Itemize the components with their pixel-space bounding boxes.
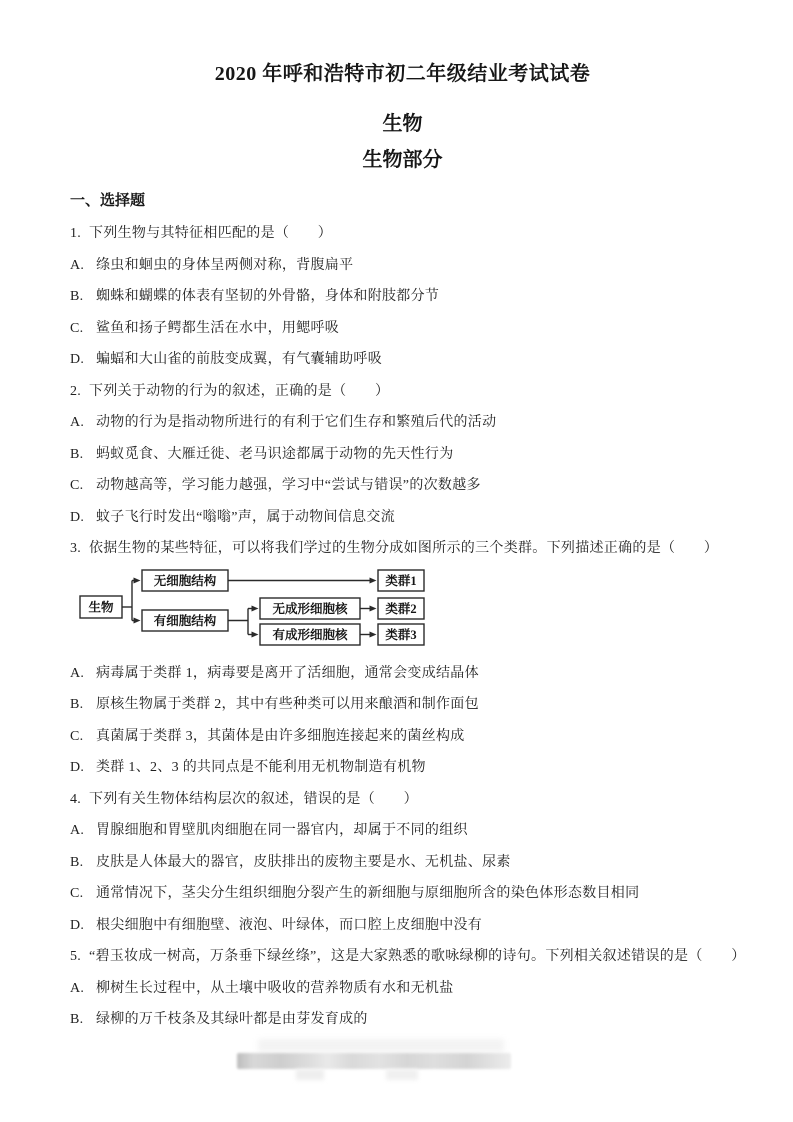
option-label: A. — [70, 980, 96, 997]
question-number: 5. — [70, 948, 89, 965]
option-label: C. — [70, 728, 96, 745]
question-stem: 1. 下列生物与其特征相匹配的是（ ） — [70, 225, 735, 242]
option-a: A. 动物的行为是指动物所进行的有利于它们生存和繁殖后代的活动 — [70, 414, 735, 431]
option-label: B. — [70, 854, 96, 871]
section-title: 生物部分 — [70, 148, 735, 172]
option-text: 蚊子飞行时发出“嗡嗡”声，属于动物间信息交流 — [96, 509, 395, 526]
question-stem: 5. “碧玉妆成一树高，万条垂下绿丝绦”，这是大家熟悉的歌咏绿柳的诗句。下列相关… — [70, 948, 735, 965]
option-label: D. — [70, 509, 96, 526]
option-text: 类群 1、2、3 的共同点是不能利用无机物制造有机物 — [96, 759, 426, 776]
option-c: C. 真菌属于类群 3，其菌体是由许多细胞连接起来的菌丝构成 — [70, 728, 735, 745]
option-label: A. — [70, 665, 96, 682]
option-d: D. 类群 1、2、3 的共同点是不能利用无机物制造有机物 — [70, 759, 735, 776]
option-text: 动物越高等，学习能力越强，学习中“尝试与错误”的次数越多 — [96, 477, 481, 494]
option-b: B. 原核生物属于类群 2，其中有些种类可以用来酿酒和制作面包 — [70, 696, 735, 713]
option-text: 通常情况下，茎尖分生组织细胞分裂产生的新细胞与原细胞所含的染色体形态数目相同 — [96, 885, 639, 902]
diagram-label-group3: 类群3 — [385, 627, 416, 642]
question-stem-text: 下列生物与其特征相匹配的是（ ） — [89, 225, 332, 242]
diagram-label-no-nucleus: 无成形细胞核 — [272, 601, 348, 616]
option-text: 蚂蚁觅食、大雁迁徙、老马识途都属于动物的先天性行为 — [96, 446, 454, 463]
option-a: A. 病毒属于类群 1，病毒要是离开了活细胞，通常会变成结晶体 — [70, 665, 735, 682]
diagram-label-group2: 类群2 — [385, 601, 416, 616]
option-label: C. — [70, 320, 96, 337]
option-text: 绦虫和蛔虫的身体呈两侧对称，背腹扁平 — [96, 257, 353, 274]
classification-diagram: 生物 无细胞结构 有细胞结构 无成形细胞核 有成形细胞核 类群1 类群2 类群3 — [78, 566, 735, 655]
watermark-blur-tail — [386, 1069, 418, 1080]
question-2: 2. 下列关于动物的行为的叙述，正确的是（ ） A. 动物的行为是指动物所进行的… — [70, 383, 735, 526]
option-label: A. — [70, 414, 96, 431]
option-label: D. — [70, 917, 96, 934]
option-a: A. 柳树生长过程中，从土壤中吸收的营养物质有水和无机盐 — [70, 980, 735, 997]
option-label: B. — [70, 446, 96, 463]
option-label: A. — [70, 822, 96, 839]
option-b: B. 绿柳的万千枝条及其绿叶都是由芽发育成的 — [70, 1011, 735, 1028]
question-stem: 3. 依据生物的某些特征，可以将我们学过的生物分成如图所示的三个类群。下列描述正… — [70, 540, 735, 557]
option-text: 动物的行为是指动物所进行的有利于它们生存和繁殖后代的活动 — [96, 414, 496, 431]
option-label: C. — [70, 885, 96, 902]
option-label: D. — [70, 351, 96, 368]
option-b: B. 蜘蛛和蝴蝶的体表有坚韧的外骨骼，身体和附肢都分节 — [70, 288, 735, 305]
question-stem: 4. 下列有关生物体结构层次的叙述，错误的是（ ） — [70, 791, 735, 808]
question-stem-text: “碧玉妆成一树高，万条垂下绿丝绦”，这是大家熟悉的歌咏绿柳的诗句。下列相关叙述错… — [89, 948, 746, 965]
diagram-label-group1: 类群1 — [385, 573, 416, 588]
option-text: 蝙蝠和大山雀的前肢变成翼，有气囊辅助呼吸 — [96, 351, 382, 368]
option-label: D. — [70, 759, 96, 776]
option-a: A. 胃腺细胞和胃壁肌肉细胞在同一器官内，却属于不同的组织 — [70, 822, 735, 839]
option-d: D. 蝙蝠和大山雀的前肢变成翼，有气囊辅助呼吸 — [70, 351, 735, 368]
option-label: B. — [70, 288, 96, 305]
option-text: 柳树生长过程中，从土壤中吸收的营养物质有水和无机盐 — [96, 980, 454, 997]
diagram-label-root: 生物 — [88, 599, 114, 614]
question-1: 1. 下列生物与其特征相匹配的是（ ） A. 绦虫和蛔虫的身体呈两侧对称，背腹扁… — [70, 225, 735, 368]
option-text: 鲨鱼和扬子鳄都生活在水中，用鳃呼吸 — [96, 320, 339, 337]
option-text: 原核生物属于类群 2，其中有些种类可以用来酿酒和制作面包 — [96, 696, 479, 713]
document-page: 2020 年呼和浩特市初二年级结业考试试卷 生物 生物部分 一、选择题 1. 下… — [0, 0, 793, 1122]
watermark-blur-tail — [296, 1069, 324, 1080]
question-number: 2. — [70, 383, 89, 400]
question-3: 3. 依据生物的某些特征，可以将我们学过的生物分成如图所示的三个类群。下列描述正… — [70, 540, 735, 776]
option-text: 胃腺细胞和胃壁肌肉细胞在同一器官内，却属于不同的组织 — [96, 822, 468, 839]
question-stem-text: 下列有关生物体结构层次的叙述，错误的是（ ） — [89, 791, 418, 808]
option-b: B. 皮肤是人体最大的器官，皮肤排出的废物主要是水、无机盐、尿素 — [70, 854, 735, 871]
question-stem-text: 依据生物的某些特征，可以将我们学过的生物分成如图所示的三个类群。下列描述正确的是… — [89, 540, 718, 557]
option-c: C. 动物越高等，学习能力越强，学习中“尝试与错误”的次数越多 — [70, 477, 735, 494]
option-label: C. — [70, 477, 96, 494]
option-text: 真菌属于类群 3，其菌体是由许多细胞连接起来的菌丝构成 — [96, 728, 465, 745]
option-c: C. 鲨鱼和扬子鳄都生活在水中，用鳃呼吸 — [70, 320, 735, 337]
option-label: B. — [70, 696, 96, 713]
option-label: A. — [70, 257, 96, 274]
diagram-label-no-cell: 无细胞结构 — [154, 573, 217, 588]
page-title: 2020 年呼和浩特市初二年级结业考试试卷 — [70, 62, 735, 86]
question-5: 5. “碧玉妆成一树高，万条垂下绿丝绦”，这是大家熟悉的歌咏绿柳的诗句。下列相关… — [70, 948, 735, 1028]
diagram-label-has-nucleus: 有成形细胞核 — [272, 627, 348, 642]
option-b: B. 蚂蚁觅食、大雁迁徙、老马识途都属于动物的先天性行为 — [70, 446, 735, 463]
option-c: C. 通常情况下，茎尖分生组织细胞分裂产生的新细胞与原细胞所含的染色体形态数目相… — [70, 885, 735, 902]
option-label: B. — [70, 1011, 96, 1028]
option-a: A. 绦虫和蛔虫的身体呈两侧对称，背腹扁平 — [70, 257, 735, 274]
watermark-blur-ghost — [258, 1039, 504, 1052]
option-text: 蜘蛛和蝴蝶的体表有坚韧的外骨骼，身体和附肢都分节 — [96, 288, 439, 305]
option-d: D. 根尖细胞中有细胞壁、液泡、叶绿体，而口腔上皮细胞中没有 — [70, 917, 735, 934]
question-number: 4. — [70, 791, 89, 808]
option-text: 皮肤是人体最大的器官，皮肤排出的废物主要是水、无机盐、尿素 — [96, 854, 511, 871]
part-heading: 一、选择题 — [70, 192, 735, 210]
subject-title: 生物 — [70, 112, 735, 136]
option-text: 绿柳的万千枝条及其绿叶都是由芽发育成的 — [96, 1011, 368, 1028]
question-number: 3. — [70, 540, 89, 557]
option-text: 病毒属于类群 1，病毒要是离开了活细胞，通常会变成结晶体 — [96, 665, 479, 682]
question-number: 1. — [70, 225, 89, 242]
question-stem-text: 下列关于动物的行为的叙述，正确的是（ ） — [89, 383, 389, 400]
diagram-label-has-cell: 有细胞结构 — [154, 613, 217, 628]
option-d: D. 蚊子飞行时发出“嗡嗡”声，属于动物间信息交流 — [70, 509, 735, 526]
option-text: 根尖细胞中有细胞壁、液泡、叶绿体，而口腔上皮细胞中没有 — [96, 917, 482, 934]
question-4: 4. 下列有关生物体结构层次的叙述，错误的是（ ） A. 胃腺细胞和胃壁肌肉细胞… — [70, 791, 735, 934]
question-stem: 2. 下列关于动物的行为的叙述，正确的是（ ） — [70, 383, 735, 400]
document-body: 2020 年呼和浩特市初二年级结业考试试卷 生物 生物部分 一、选择题 1. 下… — [0, 0, 793, 1028]
watermark-blur-main — [237, 1053, 511, 1069]
